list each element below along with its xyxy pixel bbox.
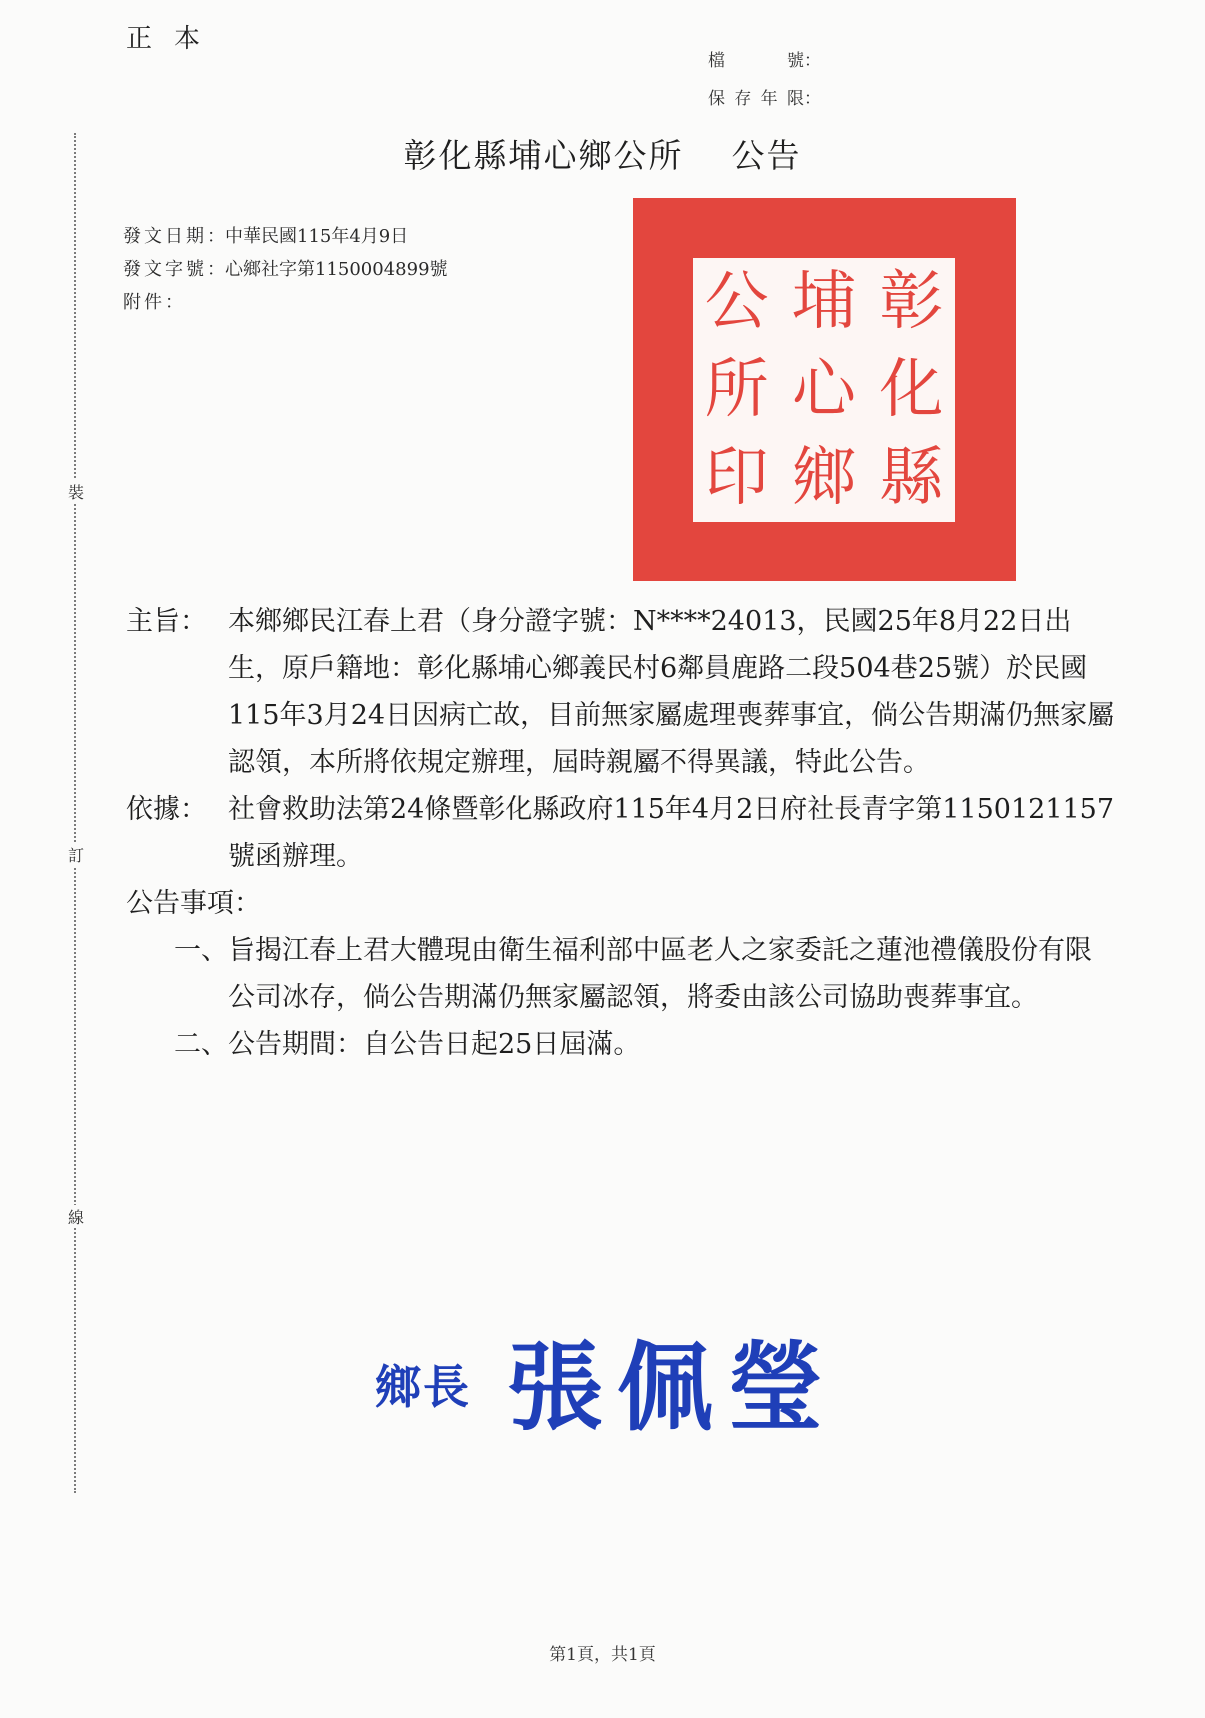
notice-item: 二、 公告期間：自公告日起25日屆滿。 xyxy=(126,1021,1116,1068)
basis-text: 社會救助法第24條暨彰化縣政府115年4月2日府社長青字第1150121157號… xyxy=(228,786,1116,880)
seal-char: 公 xyxy=(693,258,780,346)
notice-item-text: 公告期間：自公告日起25日屆滿。 xyxy=(228,1021,1116,1068)
document-body: 主旨： 本鄉鄉民江春上君（身分證字號：N****24013，民國25年8月22日… xyxy=(126,598,1116,1068)
seal-char: 縣 xyxy=(868,434,955,522)
retention-period: 保存年限： xyxy=(708,84,821,109)
seal-char: 印 xyxy=(693,434,780,522)
issue-date-label: 發文日期 xyxy=(123,222,207,248)
archive-number: 檔號： xyxy=(708,46,821,71)
subject-text: 本鄉鄉民江春上君（身分證字號：N****24013，民國25年8月22日出生，原… xyxy=(228,598,1116,786)
signature: 鄉長張佩瑩 xyxy=(375,1312,837,1449)
page-number: 第1頁，共1頁 xyxy=(0,1640,1205,1665)
doc-type: 公告 xyxy=(732,130,802,177)
seal-char: 埔 xyxy=(780,258,867,346)
page-title: 彰化縣埔心鄉公所公告 xyxy=(0,130,1205,177)
notice-item-text: 旨揭江春上君大體現由衛生福利部中區老人之家委託之蓮池禮儀股份有限公司冰存，倘公告… xyxy=(228,927,1116,1021)
copy-mark: 正本 xyxy=(126,18,222,55)
notice-item-number: 一、 xyxy=(126,927,228,1021)
issue-date-value: 中華民國115年4月9日 xyxy=(225,226,408,247)
attachment: 附件： xyxy=(123,288,183,314)
seal-characters: 彰 化 縣 埔 心 鄉 公 所 印 xyxy=(693,258,955,522)
official-seal: 彰 化 縣 埔 心 鄉 公 所 印 xyxy=(633,198,1016,581)
archive-number-label: 檔號 xyxy=(708,46,804,71)
issue-number: 發文字號：心鄉社字第1150004899號 xyxy=(123,255,448,281)
seal-char: 所 xyxy=(693,346,780,434)
issue-number-value: 心鄉社字第1150004899號 xyxy=(225,259,448,280)
binding-line xyxy=(74,133,76,1493)
seal-char: 化 xyxy=(868,346,955,434)
signatory-name: 張佩瑩 xyxy=(507,1332,837,1444)
notice-label: 公告事項： xyxy=(126,880,1116,927)
seal-char: 心 xyxy=(780,346,867,434)
issuer-name: 彰化縣埔心鄉公所 xyxy=(404,130,684,177)
notice-item-number: 二、 xyxy=(126,1021,228,1068)
retention-label: 保存年限 xyxy=(708,84,804,109)
subject-section: 主旨： 本鄉鄉民江春上君（身分證字號：N****24013，民國25年8月22日… xyxy=(126,598,1116,786)
issue-number-label: 發文字號 xyxy=(123,255,207,281)
issue-date: 發文日期：中華民國115年4月9日 xyxy=(123,222,408,248)
signatory-title: 鄉長 xyxy=(375,1360,471,1414)
seal-char: 彰 xyxy=(868,258,955,346)
subject-label: 主旨： xyxy=(126,598,228,786)
attachment-label: 附件 xyxy=(123,288,165,314)
notice-item: 一、 旨揭江春上君大體現由衛生福利部中區老人之家委託之蓮池禮儀股份有限公司冰存，… xyxy=(126,927,1116,1021)
binding-char-ding: 訂 xyxy=(66,843,86,866)
seal-char: 鄉 xyxy=(780,434,867,522)
binding-char-zhuang: 裝 xyxy=(66,480,86,503)
basis-label: 依據： xyxy=(126,786,228,880)
basis-section: 依據： 社會救助法第24條暨彰化縣政府115年4月2日府社長青字第1150121… xyxy=(126,786,1116,880)
binding-char-xian: 線 xyxy=(66,1205,86,1228)
